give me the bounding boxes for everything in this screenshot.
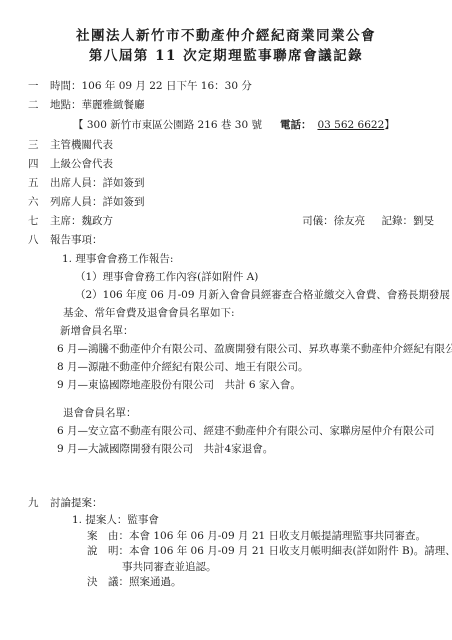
proposal-proposer: 1. 提案人：監事會	[28, 513, 436, 529]
line-observers: 六 列席人員：詳如簽到	[28, 193, 436, 212]
time-text: 時間：106 年 09 月 22 日下午 16：30 分	[50, 77, 252, 96]
report-sub-2-line-2: 基金、常年會費及退會會員名單如下:	[28, 304, 436, 322]
line-upper-assoc: 四 上級公會代表	[28, 155, 436, 174]
line-address: 【 300 新竹市東區公園路 216 巷 30 號電話：03 562 6622】	[28, 115, 436, 136]
withdraw-members-header: 退會會員名單：	[28, 404, 436, 422]
new-member-line: 9 月—東協國際地產股份有限公司 共計 6 家入會。	[28, 376, 436, 394]
observers-text: 列席人員：詳如簽到	[50, 193, 145, 212]
address-text: 【 300 新竹市東區公園路 216 巷 30 號	[73, 119, 262, 131]
proposal-description-line-2: 事共同審查並追認。	[28, 560, 436, 576]
report-sub-2-line-1: （2）106 年度 06 月-09 月新入會會員經審查合格並繳交入會費、會務長期…	[28, 286, 436, 304]
item-number-3: 三	[28, 136, 50, 155]
line-authority: 三 主管機關代表	[28, 136, 436, 155]
upper-assoc-text: 上級公會代表	[50, 155, 113, 174]
report-item-1-title: 1. 理事會會務工作報告:	[28, 250, 436, 268]
line-proposals-header: 九 討論提案：	[28, 494, 436, 513]
chairman-text: 主席：魏政方	[50, 212, 113, 231]
line-time: 一 時間：106 年 09 月 22 日下午 16：30 分	[28, 77, 436, 96]
staff-group: 司儀：徐友亮 記錄：劉旻	[302, 212, 436, 231]
phone-number: 03 562 6622	[317, 119, 384, 131]
org-title: 社團法人新竹市不動產仲介經紀商業同業公會	[0, 26, 452, 46]
item-number-5: 五	[28, 174, 50, 193]
phone-label: 電話：	[280, 119, 312, 131]
proposal-resolution: 決 議：照案通過。	[28, 575, 436, 591]
new-members-header: 新增會員名單：	[28, 322, 436, 340]
item-number-2: 二	[28, 96, 50, 115]
proposal-description-line-1: 說 明：本會 106 年 06 月-09 月 21 日收支月帳明細表(詳如附件 …	[28, 544, 436, 560]
item-number-6: 六	[28, 193, 50, 212]
item-number-9: 九	[28, 494, 50, 513]
bracket-close: 】	[384, 119, 395, 131]
withdraw-member-line: 6 月—安立富不動產有限公司、經建不動產仲介有限公司、家聯房屋仲介有限公司	[28, 422, 436, 440]
item-number-7: 七	[28, 212, 50, 231]
document-page: 社團法人新竹市不動產仲介經紀商業同業公會 第八屆第 11 次定期理監事聯席會議記…	[0, 0, 452, 640]
line-reports-header: 八 報告事項：	[28, 231, 436, 250]
attendees-text: 出席人員：詳如簽到	[50, 174, 145, 193]
item-number-4: 四	[28, 155, 50, 174]
authority-text: 主管機關代表	[50, 136, 113, 155]
meeting-title: 第八屆第 11 次定期理監事聯席會議記錄	[0, 46, 452, 66]
recorder-text: 記錄：劉旻	[382, 215, 435, 227]
document-body: 一 時間：106 年 09 月 22 日下午 16：30 分 二 地點：華麗雅緻…	[0, 66, 452, 591]
item-number-8: 八	[28, 231, 50, 250]
new-member-line: 6 月—鴻騰不動產仲介有限公司、盈廣開發有限公司、昇玖專業不動產仲介經紀有限公司…	[28, 340, 436, 358]
report-sub-1: （1）理事會會務工作內容(詳如附件 A)	[28, 268, 436, 286]
line-attendees: 五 出席人員：詳如簽到	[28, 174, 436, 193]
proposals-header-text: 討論提案：	[50, 494, 103, 513]
withdraw-member-line: 9 月—大誠國際開發有限公司 共計4家退會。	[28, 440, 436, 458]
line-place: 二 地點：華麗雅緻餐廳	[28, 96, 436, 115]
item-number-1: 一	[28, 77, 50, 96]
reports-header-text: 報告事項：	[50, 231, 103, 250]
new-member-line: 8 月—源融不動產仲介經紀有限公司、地王有限公司。	[28, 358, 436, 376]
line-chairman: 七 主席：魏政方 司儀：徐友亮 記錄：劉旻	[28, 212, 436, 231]
proposal-case: 案 由：本會 106 年 06 月-09 月 21 日收支月帳提請理監事共同審查…	[28, 529, 436, 545]
place-text: 地點：華麗雅緻餐廳	[50, 96, 145, 115]
mc-text: 司儀：徐友亮	[302, 215, 365, 227]
